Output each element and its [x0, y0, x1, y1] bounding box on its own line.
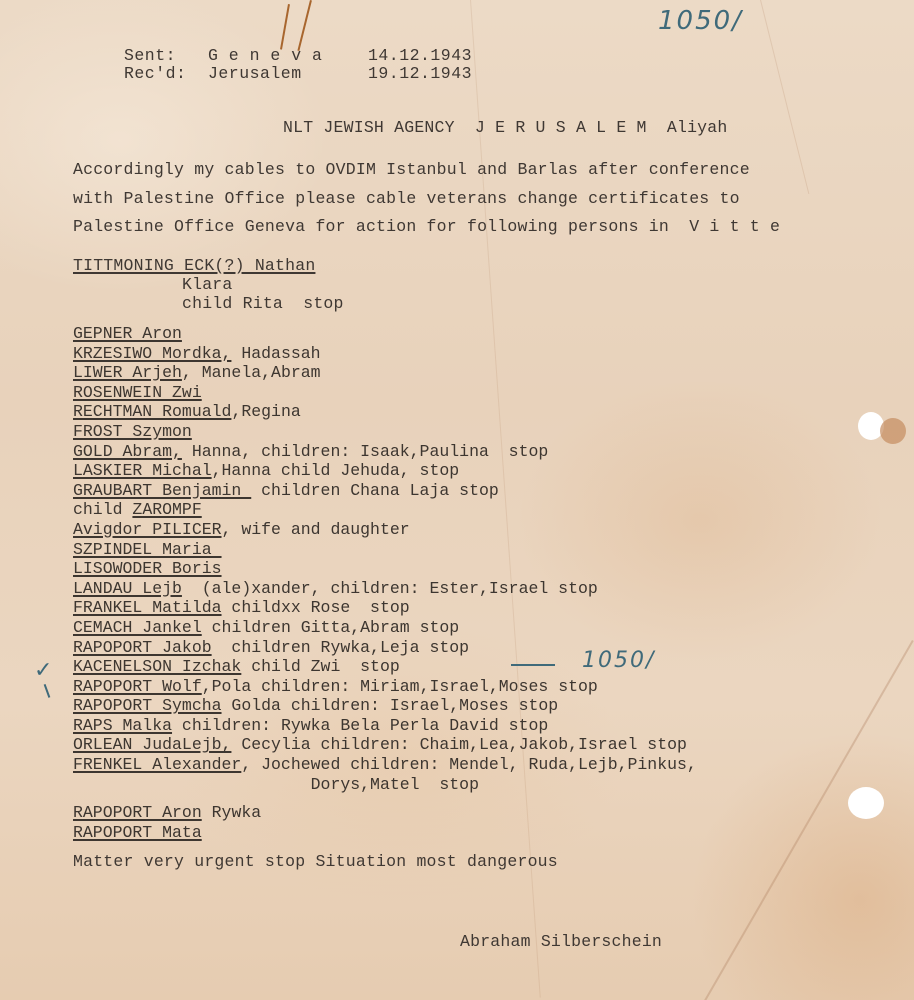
person-name: FRANKEL Matilda [73, 598, 222, 617]
intro-line: Palestine Office Geneva for action for f… [73, 217, 780, 237]
family-details: Hadassah [231, 344, 320, 363]
family-details: childxx Rose stop [222, 598, 410, 617]
family-details: ,Hanna child Jehuda, stop [212, 461, 460, 480]
list-item: RAPOPORT Symcha Golda children: Israel,M… [73, 696, 697, 716]
person-name: LASKIER Michal [73, 461, 212, 480]
list-item: LASKIER Michal,Hanna child Jehuda, stop [73, 461, 697, 481]
list-item-continuation: Dorys,Matel stop [73, 775, 697, 795]
person-name: GEPNER Aron [73, 324, 182, 343]
telegram-page: 1050/ Sent: G e n e v a 14.12.1943 Rec'd… [0, 0, 914, 1000]
family-details: children Gitta,Abram stop [202, 618, 459, 637]
list-item: ROSENWEIN Zwi [73, 383, 697, 403]
person-name: RAPOPORT Aron [73, 803, 202, 822]
person-name: ROSENWEIN Zwi [73, 383, 202, 402]
list-item: FROST Szymon [73, 422, 697, 442]
list-item: GOLD Abram, Hanna, children: Isaak,Pauli… [73, 442, 697, 462]
list-item: RAPOPORT Aron Rywka [73, 803, 697, 823]
person-name: CEMACH Jankel [73, 618, 202, 637]
person-name: KACENELSON Izchak [73, 657, 241, 676]
punch-hole-lower [848, 787, 884, 819]
person-name: RAPS Malka [73, 716, 172, 735]
family-details: (ale)xander, children: Ester,Israel stop [182, 579, 598, 598]
pen-dash [511, 664, 555, 666]
signature: Abraham Silberschein [460, 932, 662, 952]
person-name: Avigdor PILICER [73, 520, 222, 539]
person-name: TITTMONING ECK(?) Nathan [73, 256, 315, 276]
list-item: LISOWODER Boris [73, 559, 697, 579]
list-item: GEPNER Aron [73, 324, 697, 344]
person-name: SZPINDEL Maria [73, 540, 222, 559]
person-name: FROST Szymon [73, 422, 192, 441]
archive-number-handwritten: 1050/ [658, 6, 743, 36]
person-name: RAPOPORT Jakob [73, 638, 212, 657]
person-name: RAPOPORT Symcha [73, 696, 222, 715]
intro-line: Accordingly my cables to OVDIM Istanbul … [73, 160, 750, 180]
received-date: 19.12.1943 [368, 64, 472, 84]
received-label: Rec'd: [124, 64, 186, 84]
intro-line: with Palestine Office please cable veter… [73, 189, 740, 209]
family-details: Golda children: Israel,Moses stop [222, 696, 559, 715]
family-details: , Manela,Abram [182, 363, 321, 382]
person-name: RAPOPORT Wolf [73, 677, 202, 696]
stain-mark [880, 418, 906, 444]
person-name: ZAROMPF [132, 500, 201, 519]
persons-list: GEPNER AronKRZESIWO Mordka, HadassahLIWE… [73, 324, 697, 842]
list-item: child ZAROMPF [73, 500, 697, 520]
check-mark-icon: ✓ [34, 658, 52, 683]
list-item: GRAUBART Benjamin children Chana Laja st… [73, 481, 697, 501]
pen-stroke [44, 684, 50, 698]
family-details: , wife and daughter [222, 520, 410, 539]
archive-number-inline: 1050/ [582, 648, 655, 673]
list-item: FRENKEL Alexander, Jochewed children: Me… [73, 755, 697, 775]
person-name: GRAUBART Benjamin [73, 481, 251, 500]
family-member: Klara [182, 275, 233, 295]
family-details: Cecylia children: Chaim,Lea,Jakob,Israel… [231, 735, 686, 754]
list-item: SZPINDEL Maria [73, 540, 697, 560]
list-item: LIWER Arjeh, Manela,Abram [73, 363, 697, 383]
person-name: LIWER Arjeh [73, 363, 182, 382]
list-item: RAPOPORT Wolf,Pola children: Miriam,Isra… [73, 677, 697, 697]
list-item: RAPOPORT Mata [73, 823, 697, 843]
paper-crease [702, 640, 913, 1000]
person-name: ORLEAN JudaLejb, [73, 735, 231, 754]
family-details: ,Regina [231, 402, 300, 421]
list-item: KRZESIWO Mordka, Hadassah [73, 344, 697, 364]
sent-label: Sent: [124, 46, 176, 66]
addressee-line: NLT JEWISH AGENCY J E R U S A L E M Aliy… [283, 118, 727, 138]
family-details: child Zwi stop [241, 657, 399, 676]
family-details: children Chana Laja stop [251, 481, 499, 500]
person-name: KRZESIWO Mordka, [73, 344, 231, 363]
red-pencil-mark [297, 0, 312, 51]
family-details: , Jochewed children: Mendel, Ruda,Lejb,P… [241, 755, 696, 774]
list-item: RAPS Malka children: Rywka Bela Perla Da… [73, 716, 697, 736]
received-place: Jerusalem [208, 64, 302, 84]
sent-place: G e n e v a [208, 46, 322, 66]
person-name: LISOWODER Boris [73, 559, 222, 578]
list-item: RECHTMAN Romuald,Regina [73, 402, 697, 422]
person-name: FRENKEL Alexander [73, 755, 241, 774]
paper-crease-top [760, 0, 809, 194]
list-item: ORLEAN JudaLejb, Cecylia children: Chaim… [73, 735, 697, 755]
closing-line: Matter very urgent stop Situation most d… [73, 852, 558, 872]
person-name: GOLD Abram, [73, 442, 182, 461]
person-name: LANDAU Lejb [73, 579, 182, 598]
person-name: RECHTMAN Romuald [73, 402, 231, 421]
person-name: RAPOPORT Mata [73, 823, 202, 842]
family-details: children: Rywka Bela Perla David stop [172, 716, 548, 735]
list-item: LANDAU Lejb (ale)xander, children: Ester… [73, 579, 697, 599]
family-details: Dorys,Matel stop [73, 775, 479, 794]
family-details: children Rywka,Leja stop [212, 638, 469, 657]
sent-date: 14.12.1943 [368, 46, 472, 66]
red-pencil-mark [280, 4, 290, 50]
family-details: Rywka [202, 803, 261, 822]
family-details: ,Pola children: Miriam,Israel,Moses stop [202, 677, 598, 696]
family-member: child Rita stop [182, 294, 344, 314]
family-details: Hanna, children: Isaak,Paulina stop [182, 442, 548, 461]
list-item: Avigdor PILICER, wife and daughter [73, 520, 697, 540]
relation-prefix: child [73, 500, 132, 519]
list-item: CEMACH Jankel children Gitta,Abram stop [73, 618, 697, 638]
list-item: FRANKEL Matilda childxx Rose stop [73, 598, 697, 618]
